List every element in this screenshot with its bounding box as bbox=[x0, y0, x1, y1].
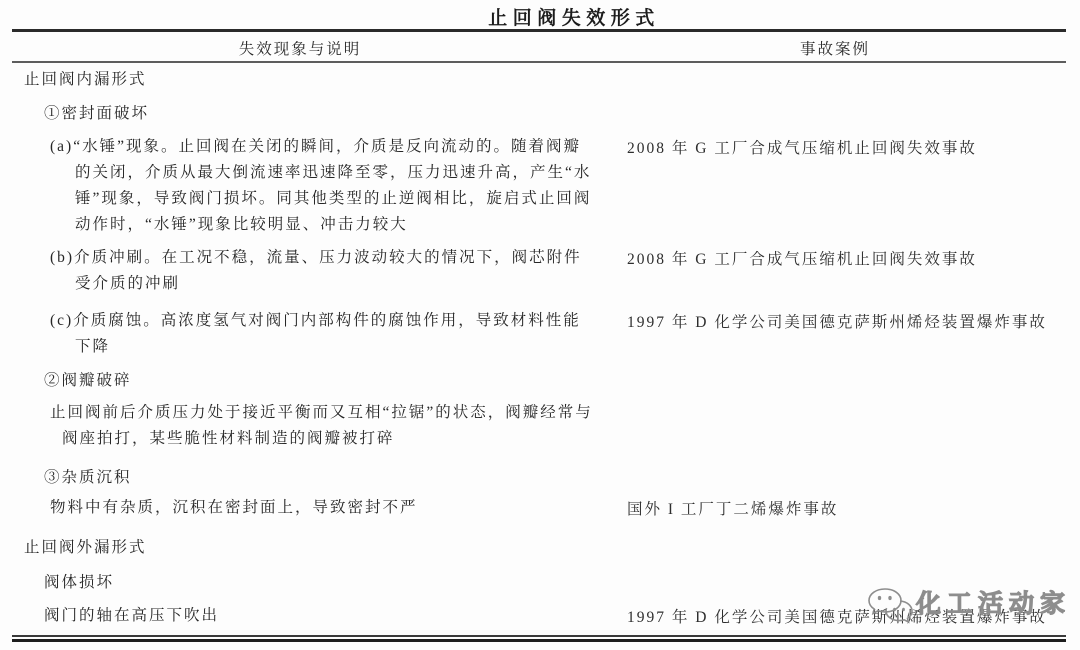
failure-description-cell: 阀门的轴在高压下吹出 bbox=[44, 603, 219, 629]
table-top-rule bbox=[12, 29, 1066, 32]
failure-description-cell: 止回阀外漏形式 bbox=[24, 535, 147, 561]
failure-description-cell: (c)介质腐蚀。高浓度氢气对阀门内部构件的腐蚀作用，导致材料性能下降 bbox=[50, 308, 595, 360]
column-header-failure: 失效现象与说明 bbox=[0, 37, 600, 59]
accident-case-cell: 2008 年 G 工厂合成气压缩机止回阀失效事故 bbox=[627, 247, 1077, 273]
failure-description-cell: ①密封面破坏 bbox=[44, 101, 149, 127]
table-bottom-rule-thick bbox=[12, 639, 1066, 642]
header-divider-rule bbox=[12, 61, 1066, 63]
failure-description-cell: (b)介质冲刷。在工况不稳，流量、压力波动较大的情况下，阀芯附件受介质的冲刷 bbox=[50, 245, 595, 297]
document-page: 止回阀失效形式 失效现象与说明 事故案例 止回阀内漏形式 ①密封面破坏 (a)“… bbox=[0, 0, 1080, 650]
failure-description-cell: 物料中有杂质，沉积在密封面上，导致密封不严 bbox=[50, 495, 595, 521]
accident-case-cell: 2008 年 G 工厂合成气压缩机止回阀失效事故 bbox=[627, 136, 1077, 162]
table-title: 止回阀失效形式 bbox=[0, 3, 1080, 30]
column-header-case: 事故案例 bbox=[627, 37, 1043, 59]
accident-case-cell: 1997 年 D 化学公司美国德克萨斯州烯烃装置爆炸事故 bbox=[627, 605, 1077, 631]
table-bottom-rule-thin bbox=[12, 635, 1066, 637]
failure-description-cell: 止回阀前后介质压力处于接近平衡而又互相“拉锯”的状态，阀瓣经常与阀座拍打，某些脆… bbox=[50, 400, 600, 452]
failure-description-cell: ③杂质沉积 bbox=[44, 465, 132, 491]
accident-case-cell: 国外 I 工厂丁二烯爆炸事故 bbox=[627, 497, 1077, 523]
failure-description-cell: ②阀瓣破碎 bbox=[44, 368, 132, 394]
accident-case-cell: 1997 年 D 化学公司美国德克萨斯州烯烃装置爆炸事故 bbox=[627, 310, 1077, 336]
failure-description-cell: (a)“水锤”现象。止回阀在关闭的瞬间，介质是反向流动的。随着阀瓣的关闭，介质从… bbox=[50, 134, 595, 238]
failure-description-cell: 止回阀内漏形式 bbox=[24, 67, 147, 93]
failure-description-cell: 阀体损坏 bbox=[44, 570, 114, 596]
